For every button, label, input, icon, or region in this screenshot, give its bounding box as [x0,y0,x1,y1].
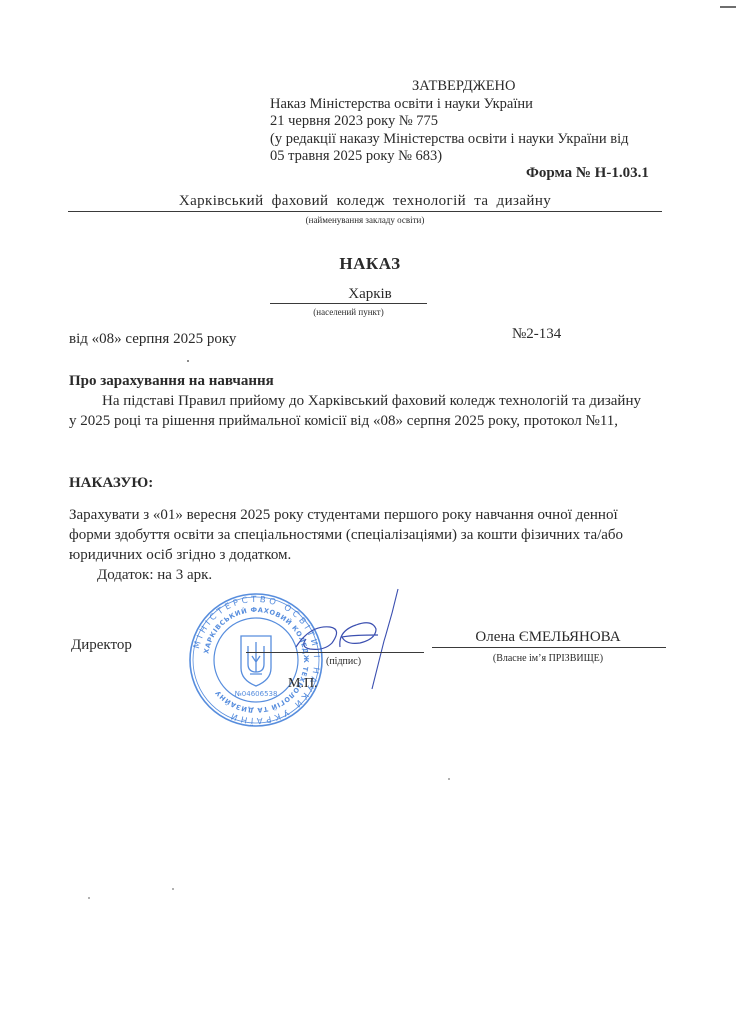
order-number: №2-134 [512,326,561,343]
order-title: НАКАЗ [270,254,470,274]
name-underline [432,647,666,648]
city-name: Харків [270,286,470,303]
institution-underline [68,211,662,212]
approval-line: 05 травня 2025 року № 683) [270,148,629,166]
appendix-note: Додаток: на 3 арк. [97,567,212,584]
signature-underline [246,652,424,653]
institution-caption: (найменування закладу освіти) [68,215,662,225]
approval-line: (у редакції наказу Міністерства освіти і… [270,131,629,149]
approval-block: ЗАТВЕРДЖЕНО Наказ Міністерства освіти і … [270,78,629,166]
scan-artifact [172,888,174,890]
order-date: від «08» серпня 2025 року [69,331,236,348]
seal-label: М.П. [288,676,318,692]
signatory-position: Директор [71,637,132,654]
approval-line: Наказ Міністерства освіти і науки Україн… [270,96,629,114]
order-subject: Про зарахування на навчання [69,373,274,390]
name-caption: (Власне ім’я ПРІЗВИЩЕ) [432,653,664,664]
director-name: Олена ЄМЕЛЬЯНОВА [432,629,664,646]
signature-caption: (підпис) [326,656,361,667]
scan-artifact [187,360,189,362]
institution-name: Харківський фаховий коледж технологій та… [68,193,662,210]
scan-artifact [88,897,90,899]
scan-artifact [448,778,450,780]
decree-paragraph: Зарахувати з «01» вересня 2025 року студ… [69,505,659,565]
stamp-code: №04606538 [235,690,278,698]
scan-artifact [720,6,736,8]
form-number: Форма № Н-1.03.1 [526,165,649,182]
orders-heading: НАКАЗУЮ: [69,475,153,492]
approval-title: ЗАТВЕРДЖЕНО [270,78,629,96]
approval-line: 21 червня 2023 року № 775 [270,113,629,131]
city-caption: (населений пункт) [270,307,427,317]
basis-paragraph: На підставі Правил прийому до Харківськи… [69,391,649,431]
city-underline [270,303,427,304]
tryzub-icon [241,636,271,686]
